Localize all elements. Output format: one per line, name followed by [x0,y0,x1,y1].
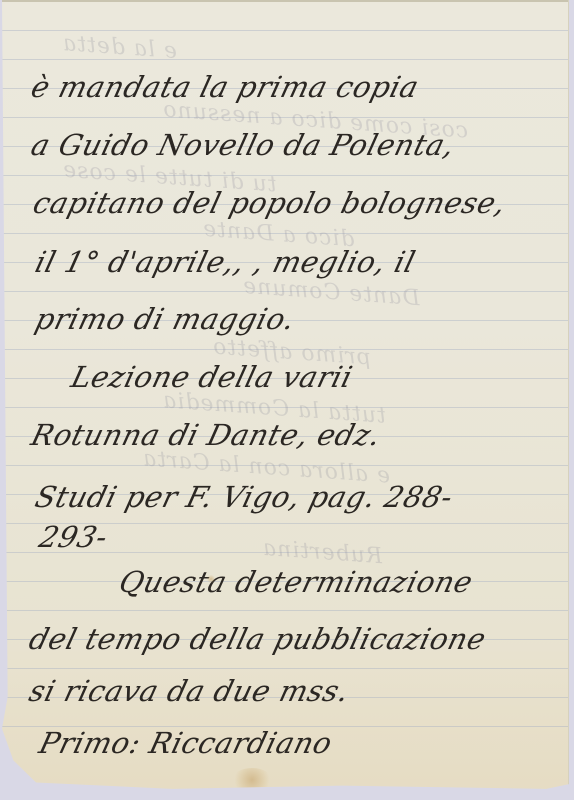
ruled-line [2,30,568,31]
handwritten-line: è mandata la prima copia [28,70,423,104]
handwritten-line: capitano del popolo bolognese, [30,186,510,220]
handwritten-line: del tempo della pubblicazione [26,622,490,656]
ruled-line [2,59,568,60]
handwritten-line: Studi per F. Vigo, pag. 288- [32,480,457,514]
handwritten-line: Rotunna di Dante, edz. [28,418,385,452]
ruled-line [2,610,568,611]
handwritten-line: Questa determinazione [116,565,477,599]
handwritten-line: si ricava da due mss. [26,674,353,708]
handwritten-line: il 1° d'aprile,, , meglio, il [32,245,419,279]
handwritten-line: 293- [36,520,112,554]
handwritten-line: Primo: Riccardiano [36,726,336,760]
handwritten-line: Lezione della varii [68,360,356,394]
manuscript-page: e la detta cosi come dico a nessuno tu d… [2,0,569,792]
handwritten-line: a Guido Novello da Polenta, [28,128,459,162]
paper-stain [232,768,272,792]
handwritten-line: primo di maggio. [32,302,299,336]
page-top-edge [2,0,568,2]
paper-stain [207,575,215,583]
ruled-line [2,668,568,669]
